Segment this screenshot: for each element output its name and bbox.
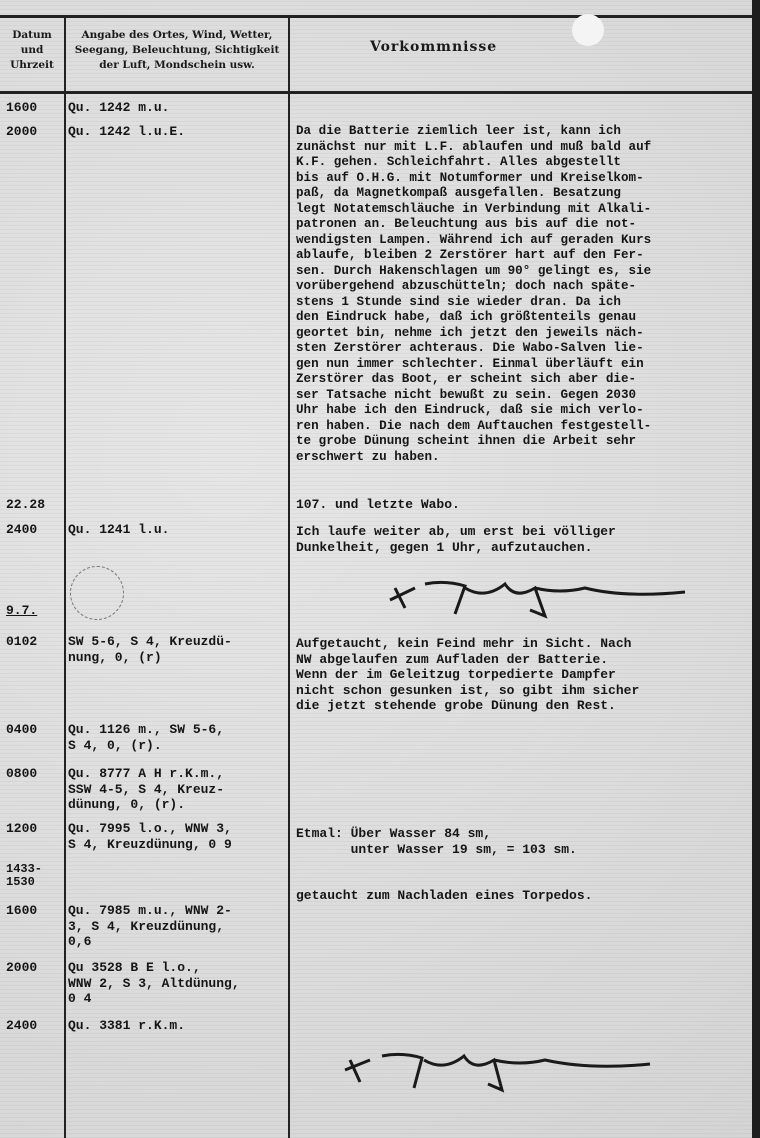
entry-events: Da die Batterie ziemlich leer ist, kann …: [296, 124, 651, 465]
entry-place: Qu. 1126 m., SW 5-6, S 4, 0, (r).: [68, 722, 224, 753]
entry-time: 2000: [6, 124, 37, 140]
header-rule: [0, 91, 752, 94]
entry-time: 1200: [6, 821, 37, 837]
entry-time: 0102: [6, 634, 37, 650]
entry-events: Ich laufe weiter ab, um erst bei völlige…: [296, 524, 616, 555]
page-edge: [752, 0, 760, 1138]
entry-time: 0400: [6, 722, 37, 738]
entry-time: 2400: [6, 522, 37, 538]
entry-place: Qu. 7985 m.u., WNW 2- 3, S 4, Kreuzdünun…: [68, 903, 232, 950]
entry-events: Etmal: Über Wasser 84 sm, unter Wasser 1…: [296, 826, 577, 857]
entry-events: 107. und letzte Wabo.: [296, 497, 460, 513]
entry-events: getaucht zum Nachladen eines Torpedos.: [296, 888, 592, 904]
entry-time: 1600: [6, 100, 37, 116]
entry-place: Qu. 1241 l.u.: [68, 522, 169, 538]
header-place-weather: Angabe des Ortes, Wind, Wetter, Seegang,…: [66, 28, 288, 73]
entry-time: 2400: [6, 1018, 37, 1034]
entry-time: 0800: [6, 766, 37, 782]
entry-place: Qu. 3381 r.K.m.: [68, 1018, 185, 1034]
entry-events: Aufgetaucht, kein Feind mehr in Sicht. N…: [296, 636, 639, 714]
column-divider-date: [64, 18, 66, 1138]
entry-time: 2000: [6, 960, 37, 976]
signature-2: [340, 1048, 680, 1098]
header-date-time: Datum und Uhrzeit: [0, 28, 64, 73]
entry-time: 1433- 1530: [6, 863, 42, 889]
entry-place: Qu. 1242 m.u.: [68, 100, 169, 116]
entry-place: Qu. 8777 A H r.K.m., SSW 4-5, S 4, Kreuz…: [68, 766, 224, 813]
column-divider-place: [288, 18, 290, 1138]
entry-time: 1600: [6, 903, 37, 919]
entry-place: Qu 3528 B E l.o., WNW 2, S 3, Altdünung,…: [68, 960, 240, 1007]
signature-1: [385, 570, 715, 620]
entry-place: Qu. 1242 l.u.E.: [68, 124, 185, 140]
top-rule: [0, 15, 752, 18]
entry-date: 9.7.: [6, 603, 37, 619]
document-page: Datum und Uhrzeit Angabe des Ortes, Wind…: [0, 0, 760, 1138]
entry-place: SW 5-6, S 4, Kreuzdü- nung, 0, (r): [68, 634, 232, 665]
header-events: Vorkommnisse: [290, 40, 670, 55]
entry-time: 22.28: [6, 497, 45, 513]
entry-place: Qu. 7995 l.o., WNW 3, S 4, Kreuzdünung, …: [68, 821, 232, 852]
stamp-circle: [70, 566, 124, 620]
